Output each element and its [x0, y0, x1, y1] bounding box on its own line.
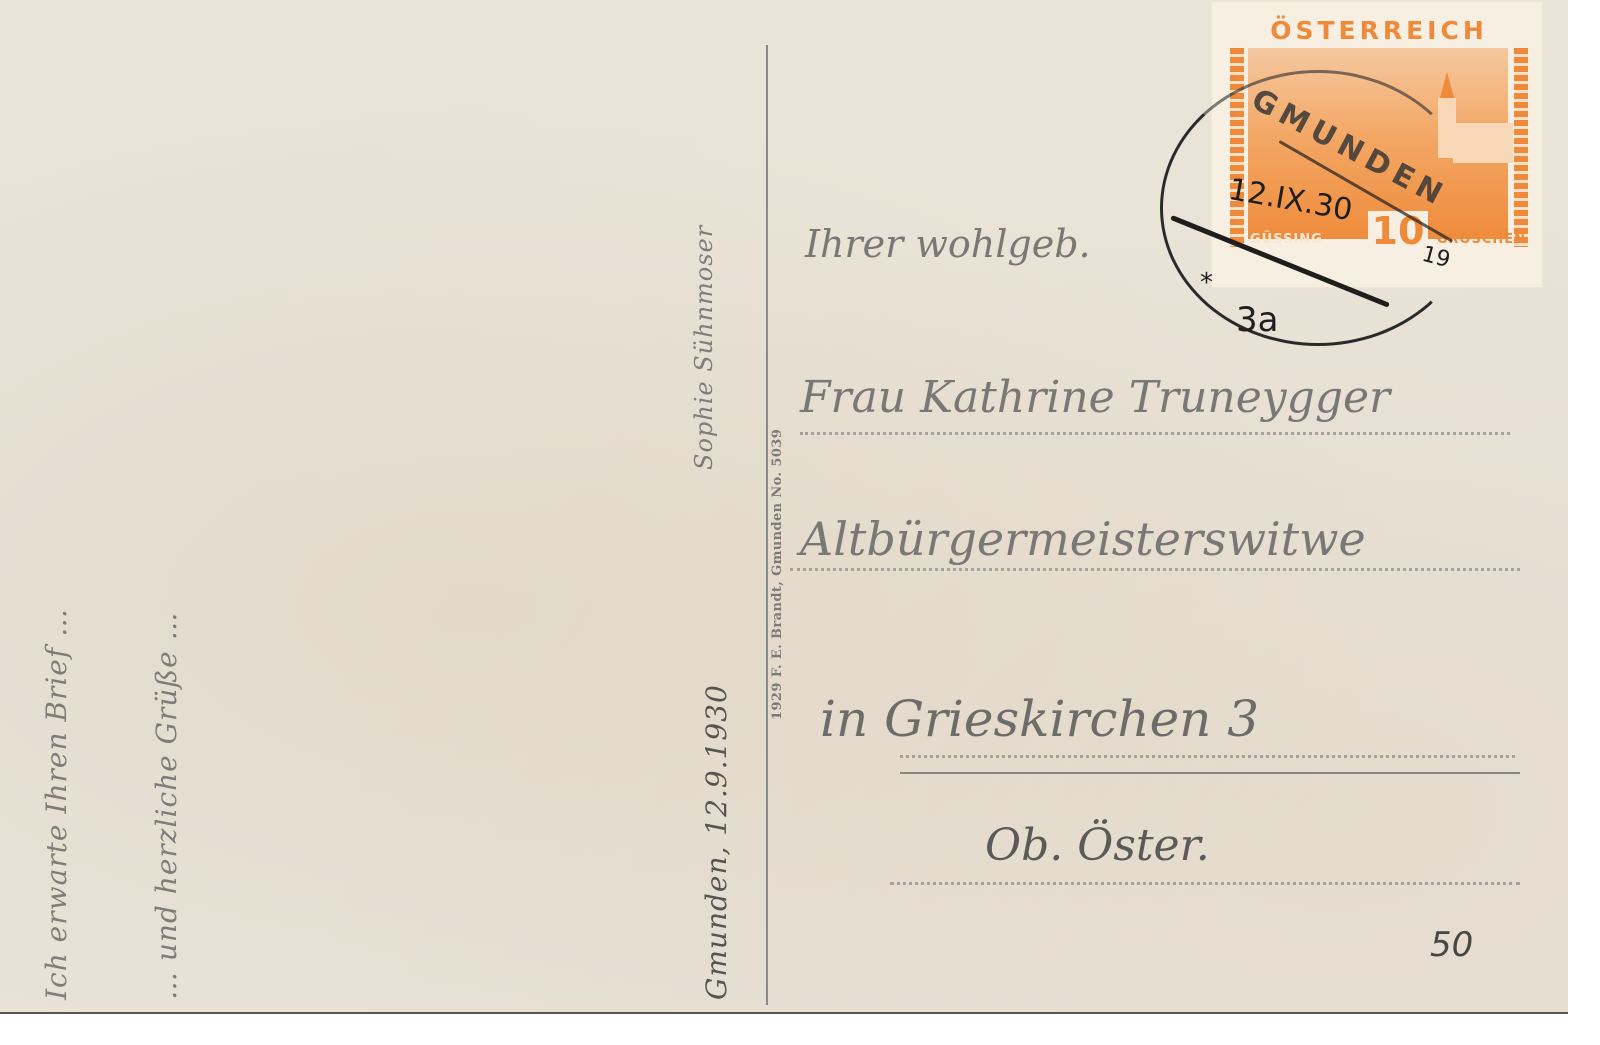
address-rule: [890, 882, 1520, 885]
stamp-border: [1514, 48, 1528, 247]
postmark-star-icon: *: [1200, 268, 1213, 298]
address-town: in Grieskirchen 3: [820, 690, 1259, 748]
handwritten-message: Ich erwarte Ihren Brief … … und herzlich…: [0, 0, 760, 1012]
stamp-country: ÖSTERREICH: [1228, 16, 1530, 45]
message-line: … und herzliche Grüße …: [150, 611, 183, 1000]
message-signature: Sophie Sühnmoser: [690, 225, 718, 470]
pencil-price-note: 50: [1430, 925, 1473, 965]
address-underline: [900, 772, 1520, 774]
address-title: Altbürgermeisterswitwe: [800, 512, 1366, 566]
address-region: Ob. Öster.: [985, 820, 1210, 871]
address-rule: [900, 755, 1515, 758]
address-rule: [790, 568, 1520, 571]
postcard: Ich erwarte Ihren Brief … … und herzlich…: [0, 0, 1568, 1014]
message-line: Ich erwarte Ihren Brief …: [40, 608, 73, 1000]
address-name: Frau Kathrine Truneygger: [800, 372, 1390, 423]
publisher-line: 1929 F. E. Brandt, Gmunden No. 5039: [770, 429, 785, 720]
address-salutation: Ihrer wohlgeb.: [805, 222, 1091, 266]
address-rule: [800, 432, 1510, 435]
message-date: Gmunden, 12.9.1930: [700, 684, 733, 1000]
center-divider: [766, 45, 768, 1005]
postmark-code: 3a: [1236, 300, 1278, 340]
